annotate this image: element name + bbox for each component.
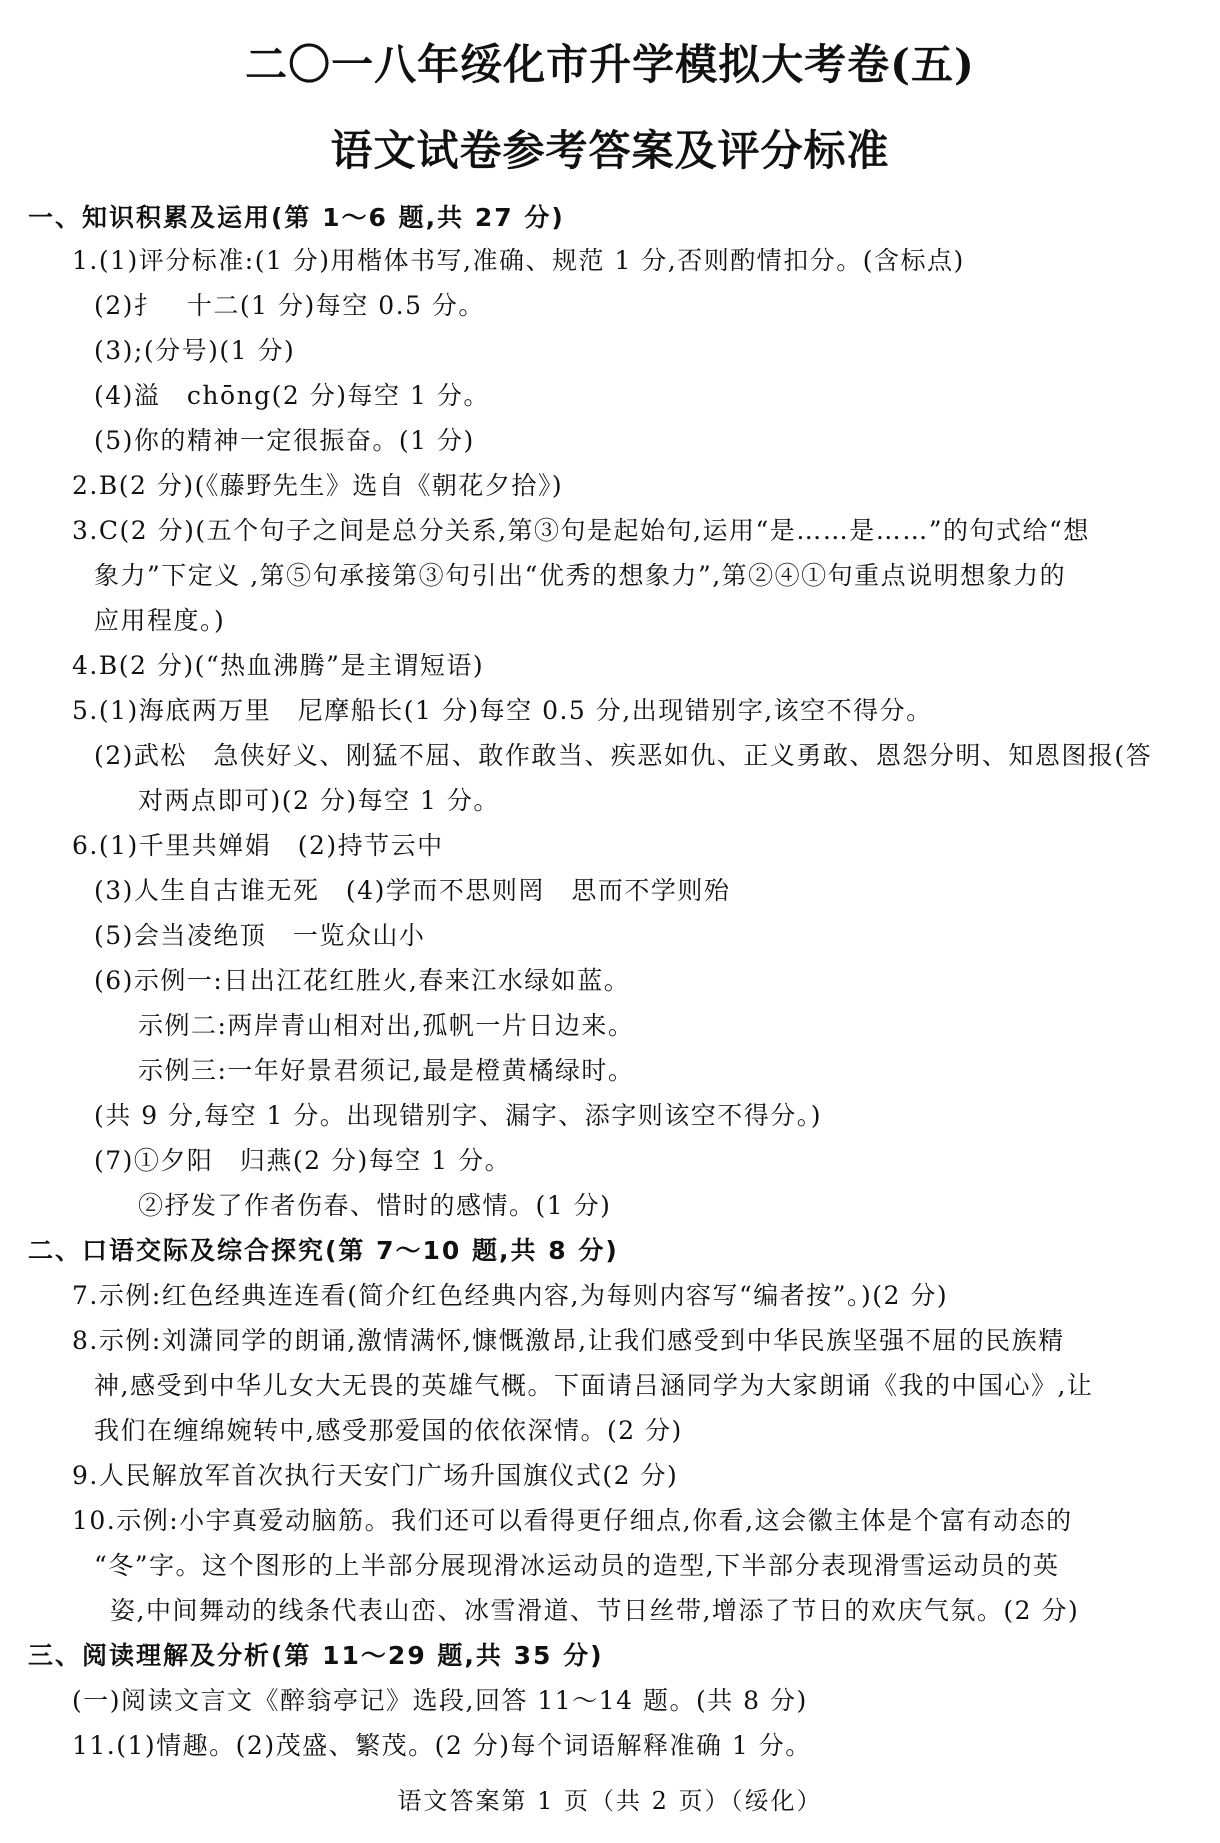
answer-line: (4)溢 chōng(2 分)每空 1 分。 — [94, 379, 490, 413]
answer-line: 2.B(2 分)(《藤野先生》选自《朝花夕拾》) — [72, 469, 563, 503]
page-footer: 语文答案第 1 页（共 2 页）（绥化） — [0, 1784, 1220, 1818]
answer-line: (6)示例一:日出江花红胜火,春来江水绿如蓝。 — [94, 964, 630, 998]
answer-line: (3)人生自古谁无死 (4)学而不思则罔 思而不学则殆 — [94, 874, 730, 908]
answer-line: 示例三:一年好景君须记,最是橙黄橘绿时。 — [138, 1054, 634, 1088]
answer-line: 9.人民解放军首次执行天安门广场升国旗仪式(2 分) — [72, 1459, 678, 1493]
answer-line: (5)会当凌绝顶 一览众山小 — [94, 919, 425, 953]
answer-line: 示例二:两岸青山相对出,孤帆一片日边来。 — [138, 1009, 634, 1043]
answer-line: (3);(分号)(1 分) — [94, 334, 295, 368]
answer-line: 1.(1)评分标准:(1 分)用楷体书写,准确、规范 1 分,否则酌情扣分。(含… — [72, 244, 965, 278]
answer-line: 3.C(2 分)(五个句子之间是总分关系,第③句是起始句,运用“是……是……”的… — [72, 514, 1090, 548]
answer-line: 5.(1)海底两万里 尼摩船长(1 分)每空 0.5 分,出现错别字,该空不得分… — [72, 694, 933, 728]
answer-line: 我们在缠绵婉转中,感受那爱国的依依深情。(2 分) — [94, 1414, 683, 1448]
answer-line: 6.(1)千里共婵娟 (2)持节云中 — [72, 829, 444, 863]
document-subtitle: 语文试卷参考答案及评分标准 — [0, 126, 1220, 176]
answer-line: 8.示例:刘潇同学的朗诵,激情满怀,慷慨激昂,让我们感受到中华民族坚强不屈的民族… — [72, 1324, 1065, 1358]
answer-line: 神,感受到中华儿女大无畏的英雄气概。下面请吕涵同学为大家朗诵《我的中国心》,让 — [94, 1369, 1093, 1403]
answer-line: (一)阅读文言文《醉翁亭记》选段,回答 11～14 题。(共 8 分) — [72, 1684, 808, 1718]
answer-line: 10.示例:小宇真爱动脑筋。我们还可以看得更仔细点,你看,这会徽主体是个富有动态… — [72, 1504, 1073, 1538]
answer-line: (5)你的精神一定很振奋。(1 分) — [94, 424, 475, 458]
answer-line: ②抒发了作者伤春、惜时的感情。(1 分) — [138, 1189, 611, 1223]
answer-line: 姿,中间舞动的线条代表山峦、冰雪滑道、节日丝带,增添了节日的欢庆气氛。(2 分) — [110, 1594, 1079, 1628]
section-heading-1: 一、知识积累及运用(第 1～6 题,共 27 分) — [28, 201, 565, 235]
answer-line: 7.示例:红色经典连连看(简介红色经典内容,为每则内容写“编者按”。)(2 分) — [72, 1279, 948, 1313]
answer-line: (共 9 分,每空 1 分。出现错别字、漏字、添字则该空不得分。) — [94, 1099, 822, 1133]
answer-line: 象力”下定义 ,第⑤句承接第③句引出“优秀的想象力”,第②④①句重点说明想象力的 — [94, 559, 1066, 593]
answer-line: 应用程度。) — [94, 604, 225, 638]
answer-line: (2)扌 十二(1 分)每空 0.5 分。 — [94, 289, 485, 323]
section-heading-3: 三、阅读理解及分析(第 11～29 题,共 35 分) — [28, 1639, 604, 1673]
answer-line: (2)武松 急侠好义、刚猛不屈、敢作敢当、疾恶如仇、正义勇敢、恩怨分明、知恩图报… — [94, 739, 1152, 773]
answer-line: 对两点即可)(2 分)每空 1 分。 — [138, 784, 500, 818]
document-title: 二〇一八年绥化市升学模拟大考卷(五) — [0, 40, 1220, 90]
section-heading-2: 二、口语交际及综合探究(第 7～10 题,共 8 分) — [28, 1234, 619, 1268]
answer-line: 4.B(2 分)(“热血沸腾”是主谓短语) — [72, 649, 484, 683]
answer-line: 11.(1)情趣。(2)茂盛、繁茂。(2 分)每个词语解释准确 1 分。 — [72, 1729, 812, 1763]
answer-line: “冬”字。这个图形的上半部分展现滑冰运动员的造型,下半部分表现滑雪运动员的英 — [94, 1549, 1060, 1583]
answer-line: (7)①夕阳 归燕(2 分)每空 1 分。 — [94, 1144, 511, 1178]
